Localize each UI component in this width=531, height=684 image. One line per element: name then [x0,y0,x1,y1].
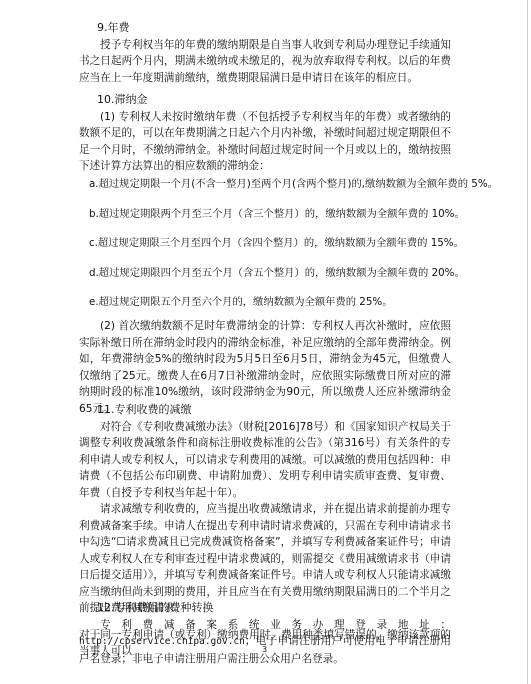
section-title: 10.滞纳金 [79,92,451,109]
late-fee-item-list: a.超过规定期限一个月(不含一整月)至两个月(含两个整月)的,缴纳数额为全额年费… [79,176,451,311]
section-annual-fee: 9.年费 授予专利权当年的年费的缴纳期限是自当事人收到专利局办理登记手续通知书之… [79,20,451,86]
paragraph: (1) 专利权人未按时缴纳年费（不包括授予专利权当年的年费）或者缴纳的数额不足的… [79,109,451,175]
list-item: c.超过规定期限三个月至四个月（含四个整月）的，缴纳数额为全额年费的 15%。 [79,235,451,252]
document-page: 9.年费 授予专利权当年的年费的缴纳期限是自当事人收到专利局办理登记手续通知书之… [0,0,528,684]
paragraph: 对符合《专利收费减缴办法》（财税[2016]78号）和《国家知识产权局关于调整专… [79,419,451,502]
page-number: 3 [262,645,267,654]
paragraph: 授予专利权当年的年费的缴纳期限是自当事人收到专利局办理登记手续通知书之日起两个月… [79,37,451,87]
list-item: d.超过规定期限四个月至五个月（含五个整月）的，缴纳数额为全额年费的 20%。 [79,265,451,282]
paragraph: 对于同一专利申请（或专利）缴纳费用时，费用种类填写错误的，缴纳该款项的当事人可以 [79,627,451,660]
list-item: e.超过规定期限五个月至六个月的，缴纳数额为全额年费的 25%。 [79,294,451,311]
section-title: 9.年费 [79,20,451,37]
list-item: a.超过规定期限一个月(不含一整月)至两个月(含两个整月)的,缴纳数额为全额年费… [79,176,451,193]
list-item: b.超过规定期限两个月至三个月（含三个整月）的，缴纳数额为全额年费的 10%。 [79,206,451,223]
section-late-fee: 10.滞纳金 (1) 专利权人未按时缴纳年费（不包括授予专利权当年的年费）或者缴… [79,92,451,175]
section-title: 12.专利费用的费种转换 [79,600,451,617]
section-title: 11.专利收费的减缴 [79,402,451,419]
